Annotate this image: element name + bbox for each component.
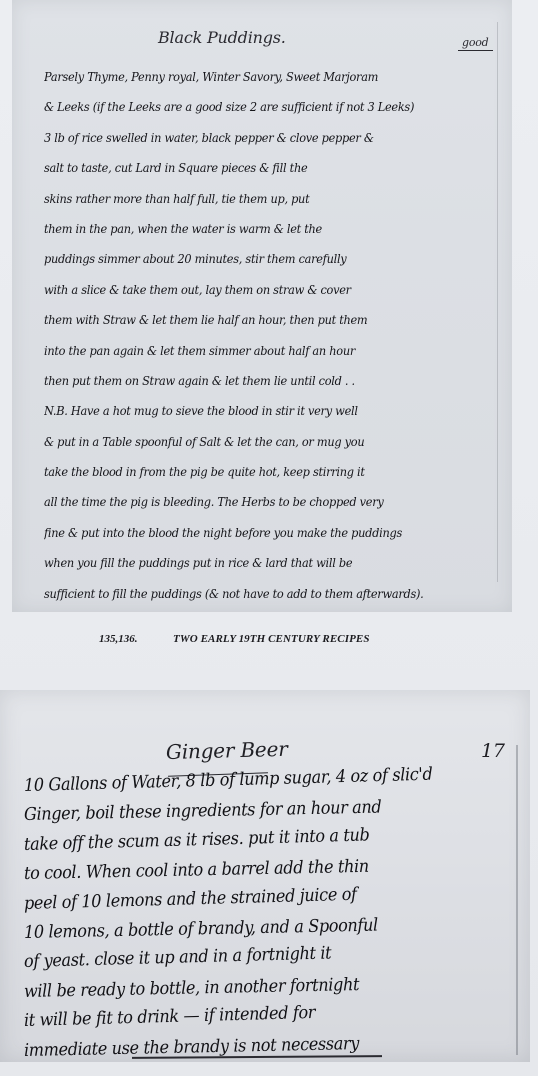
recipe-title-black-puddings: Black Puddings. xyxy=(158,28,286,47)
manuscript-line: skins rather more than half full, tie th… xyxy=(44,184,472,214)
manuscript-line: with a slice & take them out, lay them o… xyxy=(44,275,472,305)
manuscript-line: 3 lb of rice swelled in water, black pep… xyxy=(44,123,472,153)
caption-number: 135,136. xyxy=(99,633,138,645)
manuscript-line: & Leeks (if the Leeks are a good size 2 … xyxy=(44,92,472,122)
manuscript-line: puddings simmer about 20 minutes, stir t… xyxy=(44,244,472,274)
margin-note: good xyxy=(458,36,493,51)
recipe-body-black-puddings: Parsely Thyme, Penny royal, Winter Savor… xyxy=(44,62,504,609)
manuscript-line: then put them on Straw again & let them … xyxy=(44,366,472,396)
manuscript-line: fine & put into the blood the night befo… xyxy=(44,518,472,548)
manuscript-page-number: 17 xyxy=(481,740,505,762)
manuscript-line: Parsely Thyme, Penny royal, Winter Savor… xyxy=(44,62,472,92)
manuscript-line: into the pan again & let them simmer abo… xyxy=(44,336,472,366)
manuscript-line: sufficient to fill the puddings (& not h… xyxy=(44,579,472,609)
recipe-title-ginger-beer: Ginger Beer xyxy=(166,737,288,764)
manuscript-line: take the blood in from the pig be quite … xyxy=(44,457,472,487)
manuscript-line: them in the pan, when the water is warm … xyxy=(44,214,472,244)
manuscript-line: & put in a Table spoonful of Salt & let … xyxy=(44,427,472,457)
manuscript-line: all the time the pig is bleeding. The He… xyxy=(44,487,472,517)
caption-title: TWO EARLY 19TH CENTURY RECIPES xyxy=(173,633,370,645)
manuscript-line: N.B. Have a hot mug to sieve the blood i… xyxy=(44,396,472,426)
manuscript-line: them with Straw & let them lie half an h… xyxy=(44,305,472,335)
manuscript-line: salt to taste, cut Lard in Square pieces… xyxy=(44,153,472,183)
recipe-body-ginger-beer: 10 Gallons of Water, 8 lb of lump sugar,… xyxy=(24,772,514,1066)
manuscript-line: when you fill the puddings put in rice &… xyxy=(44,548,472,578)
